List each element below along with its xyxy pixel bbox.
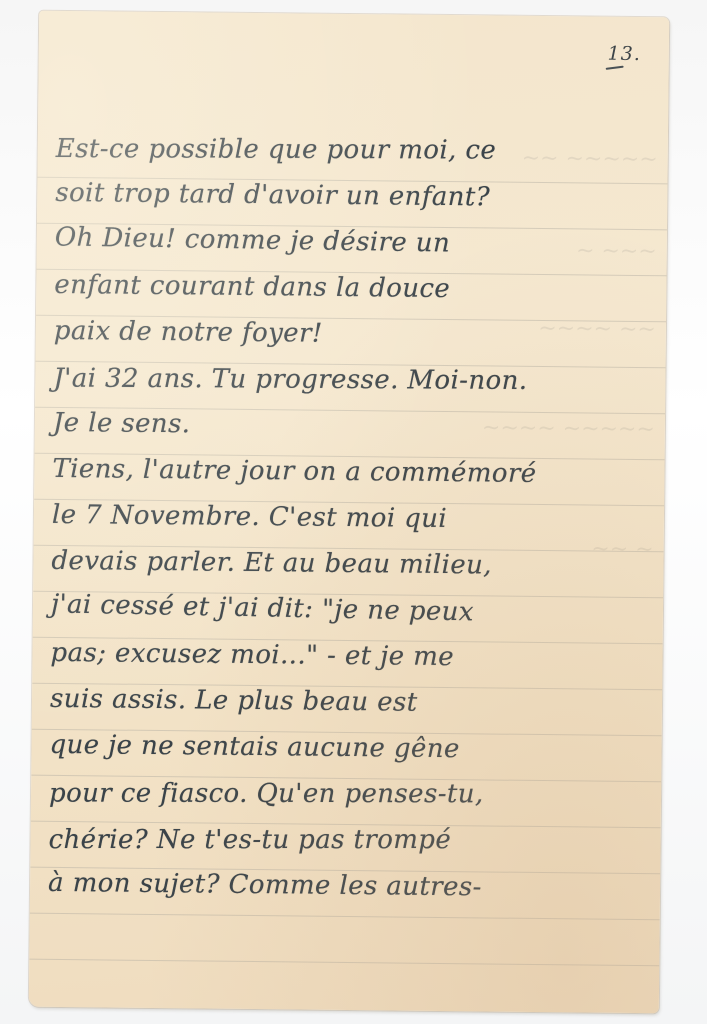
ruled-line (30, 913, 660, 921)
letter-line: Je le sens. (53, 400, 653, 452)
letter-line: que je ne sentais aucune gêne (49, 722, 649, 774)
letter-line: à mon sujet? Comme les autres- (48, 860, 648, 912)
letter-line: pour ce fiasco. Qu'en penses-tu, (49, 770, 649, 817)
letter-line: Est-ce possible que pour moi, ce (56, 126, 656, 174)
letter-line: Tiens, l'autre jour on a commémoré (52, 446, 652, 498)
ruled-line (29, 959, 659, 967)
page-number: 13. (607, 43, 640, 65)
letter-line: soit trop tard d'avoir un enfant? (55, 170, 655, 222)
letter-line: le 7 Novembre. C'est moi qui (52, 492, 652, 544)
letter-line: chérie? Ne t'es-tu pas trompé (49, 817, 649, 863)
letter-line: suis assis. Le plus beau est (50, 676, 650, 728)
letter-sheet: ~~ ~~~~~ ~ ~~~ ~~~~ ~~ ~~~~ ~~~~~ ~~ ~ 1… (29, 11, 669, 1014)
letter-line: Oh Dieu! comme je désire un (55, 214, 656, 269)
letter-line: J'ai 32 ans. Tu progresse. Moi-non. (53, 355, 653, 404)
letter-line: pas; excusez moi..." - et je me (50, 630, 650, 682)
letter-line: paix de notre foyer! (54, 308, 654, 360)
letter-body: Est-ce possible que pour moi, ce soit tr… (48, 124, 656, 912)
letter-line: enfant courant dans la douce (54, 262, 654, 314)
